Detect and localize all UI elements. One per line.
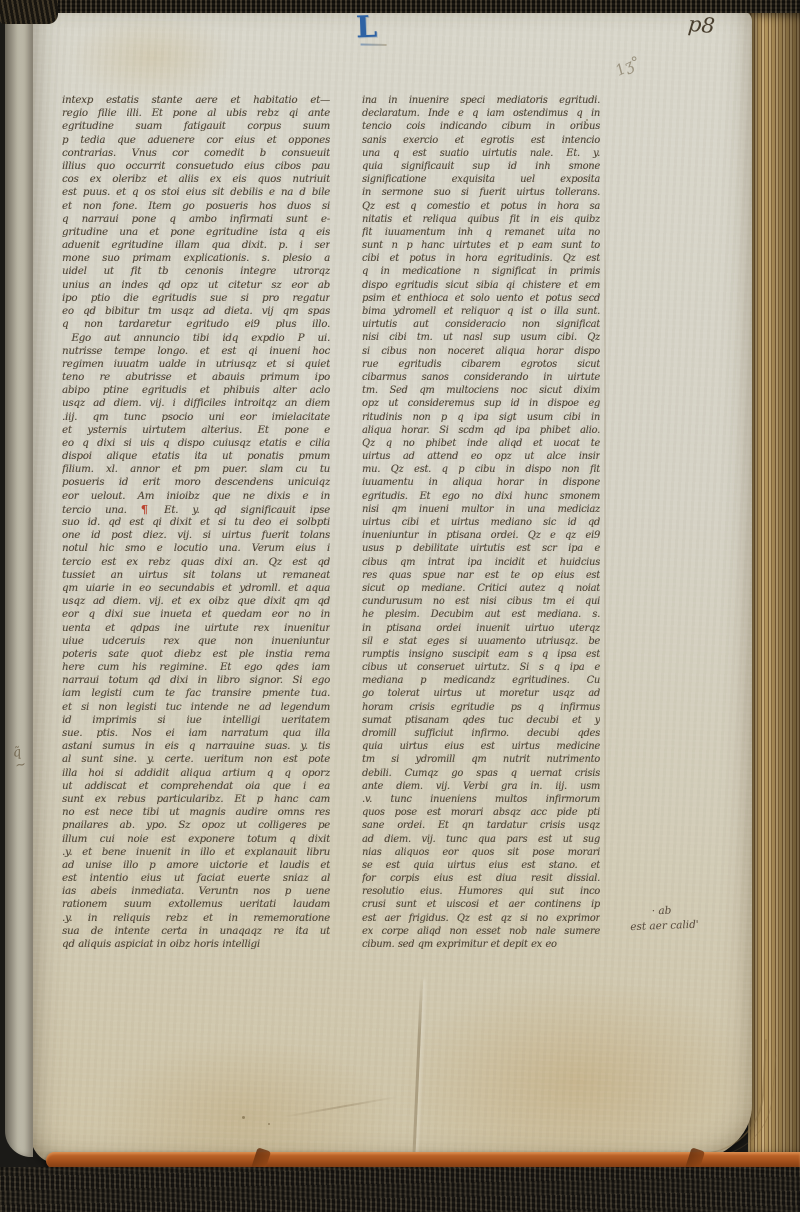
manuscript-line: qm uiarie in eo secundabis et ydromll. e…: [62, 582, 330, 595]
manuscript-line: aliqua horar. Si scdm qd ipa phibet alio…: [362, 424, 600, 437]
manuscript-line: quos pose est morari absqz acc pide pti: [362, 806, 600, 819]
manuscript-line: cibi et potus in hora egritudinis. Qz es…: [362, 252, 600, 265]
manuscript-line: ipo ptio die egritudis sue si pro regatu…: [62, 292, 330, 305]
manuscript-line: nitatis et reliqua quibus fit in eis qui…: [362, 213, 600, 226]
manuscript-line: resolutio eius. Humores qui sut inco: [362, 885, 600, 898]
manuscript-line: in ptisana ordei inuenit uirtuo uterqz: [362, 622, 600, 635]
manuscript-line: rumptis insigno suscipit eam s q ipsa es…: [362, 648, 600, 661]
manuscript-line: q non tardaretur egritudo ei9 plus illo.: [62, 318, 330, 331]
manuscript-line: illius quo occurrit consuetudo eius cibo…: [62, 160, 330, 173]
ink-speck: [268, 1123, 270, 1125]
margin-note-line: · ab: [630, 901, 750, 920]
manuscript-line: pnailares ab. ypo. Sz opoz ut colligeres…: [62, 819, 330, 832]
manuscript-line: tm si ydromill qm nutrit nutrimento: [362, 753, 600, 766]
manuscript-line: una q est suatio uirtutis nale. Et. y.: [362, 147, 600, 160]
manuscript-line: .iij. qm tunc psocio uni eor imielacitat…: [62, 411, 330, 424]
manuscript-line: inueniuntur in ptisana ordei. Qz e qz ei…: [362, 529, 600, 542]
manuscript-line: tercio est ex rebz quas dixi an. Qz est …: [62, 556, 330, 569]
manuscript-line: cibarmus sanos considerando in uirtute: [362, 371, 600, 384]
manuscript-line: egritudis. Et ego no dixi hunc smonem: [362, 490, 600, 503]
manuscript-line: et non fone. Item go posueris hos duos s…: [62, 200, 330, 213]
manuscript-line: nias aliquos eor quos sit pose morari: [362, 846, 600, 859]
manuscript-line: for corpis eius est diua resit dissial.: [362, 872, 600, 885]
manuscript-line: mu. Qz est. q p cibu in dispo non fit: [362, 463, 600, 476]
manuscript-line: iam legisti cum te fac transire pmente t…: [62, 687, 330, 700]
manuscript-line: mediana p medicandz egritudines. Cu: [362, 674, 600, 687]
manuscript-line: est puus. et q os stoi eius sit debilis …: [62, 186, 330, 199]
manuscript-line: cibus ut conseruet uirtutz. Si s q ipa e: [362, 661, 600, 674]
manuscript-line: usqz ad diem. vij. et ex oibz que dixit …: [62, 595, 330, 608]
manuscript-line: est aer frigidus. Qz est qz si no exprim…: [362, 912, 600, 925]
binding-top-corner: [0, 0, 58, 24]
manuscript-line: ¶ Ego aut annuncio tibi idq expdio P ui.: [62, 331, 330, 344]
manuscript-line: quia uirtus eius est uirtus medicine: [362, 740, 600, 753]
manuscript-line: in sermone suo si fuerit uirtus tolleran…: [362, 186, 600, 199]
manuscript-line: abipo ptine egritudis et phibuis alter a…: [62, 384, 330, 397]
manuscript-line: illa hoi si addidit aliqua artium q q op…: [62, 767, 330, 780]
manuscript-line: declaratum. Inde e q iam ostendimus q in: [362, 107, 600, 120]
manuscript-line: no est nece tibi ut magnis audire omns r…: [62, 806, 330, 819]
manuscript-line: quia significauit sup id inh smone: [362, 160, 600, 173]
manuscript-line: notul hic smo e locutio una. Verum eius …: [62, 542, 330, 555]
manuscript-photo: L p8 1ʒ° intexp estatis stante aere et h…: [0, 0, 800, 1212]
manuscript-line: sil e stat eges si uuamento utriusqz. be: [362, 635, 600, 648]
manuscript-line: dispoi alique etatis ita ut ponatis pmum: [62, 450, 330, 463]
manuscript-line: et ysternis uirtutem alterius. Et pone e: [62, 424, 330, 437]
manuscript-line: tencio cois indicando cibum in oribus: [362, 120, 600, 133]
folio-number-inscription: p8: [687, 12, 716, 38]
book-fore-edge: [748, 13, 800, 1159]
manuscript-line: gritudine una et pone egritudine ista q …: [62, 226, 330, 239]
manuscript-line: si cibus non noceret aliqua horar dispo: [362, 345, 600, 358]
manuscript-line: ritudinis non p q ipa sigt usum cibi in: [362, 411, 600, 424]
manuscript-line: nisi cibi tm. ut nasl sup usum cibi. Qz: [362, 331, 600, 344]
manuscript-line: rue egritudis cibarem egrotos sicut: [362, 358, 600, 371]
manuscript-line: iuuamentu in aliqua horar in dispone: [362, 476, 600, 489]
manuscript-line: sumat ptisanam qdes tuc decubi et y: [362, 714, 600, 727]
manuscript-line: usus p debilitate uirtutis est scr ipa e: [362, 542, 600, 555]
manuscript-line: ut addiscat et comprehendat oia que i ea: [62, 780, 330, 793]
manuscript-line: significatione exquisita uel exposita: [362, 173, 600, 186]
manuscript-line: cundurusum no est nisi cibus tm ei qui: [362, 595, 600, 608]
manuscript-line: q in medicatione n significat in primis: [362, 265, 600, 278]
manuscript-line: usqz ad diem. vij. i difficiles introitq…: [62, 397, 330, 410]
manuscript-line: illum cui noie est exponere totum q dixi…: [62, 833, 330, 846]
manuscript-line: uirtutis aut consideracio non significat: [362, 318, 600, 331]
manuscript-line: ante diem. vij. Verbi gra in. iij. usm: [362, 780, 600, 793]
manuscript-line: eo qd bibitur tm usqz ad dieta. vij qm s…: [62, 305, 330, 318]
manuscript-line: uirtus cibi et uirtus mediano sic id qd: [362, 516, 600, 529]
manuscript-line: uirtus ad attend eo opz ut alce insir: [362, 450, 600, 463]
manuscript-line: Qz est q comestio et potus in hora sa: [362, 200, 600, 213]
manuscript-line: cos ex oleribz et aliis ex eis quos nutr…: [62, 173, 330, 186]
margin-note-line: est aer calid': [630, 919, 699, 933]
binding-top-edge: [0, 0, 800, 13]
red-pilcrow-mark: ¶: [141, 503, 150, 516]
manuscript-line: crusi sunt et uiscosi et aer continens i…: [362, 898, 600, 911]
manuscript-line: eor uelout. Am inioibz que ne dixis e in: [62, 490, 330, 503]
manuscript-line: res quas spue nar est te op eius est: [362, 569, 600, 582]
manuscript-line: narraui totum qd dixi in libro signor. S…: [62, 674, 330, 687]
right-margin-note: · ab est aer calid': [630, 901, 751, 935]
manuscript-line: sua de intente certa in unaqaqz re ita u…: [62, 925, 330, 938]
manuscript-line: nutrisse tempe longo. et est qi inueni h…: [62, 345, 330, 358]
text-column-left: intexp estatis stante aere et habitatio …: [62, 94, 330, 951]
ink-speck: [242, 1116, 245, 1119]
manuscript-line: nisi qm inueni multor in una mediciaz: [362, 503, 600, 516]
manuscript-line: sunt n p hanc uirtutes et p eam sunt to: [362, 239, 600, 252]
manuscript-line: cibum. sed qm exprimitur et depit ex eo: [362, 938, 600, 951]
manuscript-line: uenta et qdpas ine uirtute rex inuenitur: [62, 622, 330, 635]
manuscript-line: q narraui pone q ambo infirmati sunt e-: [62, 213, 330, 226]
parchment-page: L p8 1ʒ° intexp estatis stante aere et h…: [30, 11, 752, 1163]
manuscript-line: .y. et bene inuenit in illo et explanaui…: [62, 846, 330, 859]
manuscript-line: uidel ut fit tb cenonis integre utrorqz: [62, 265, 330, 278]
manuscript-line: .y. in reliquis rebz et in rememoratione: [62, 912, 330, 925]
manuscript-line: cibus qm intrat ipa incidit et huidcius: [362, 556, 600, 569]
manuscript-line: tussiet an uirtus sit tolans ut remaneat: [62, 569, 330, 582]
manuscript-line: mone suo primam explicationis. s. plesio…: [62, 252, 330, 265]
manuscript-line: suo id. qd est qi dixit et si tu deo ei …: [62, 516, 330, 529]
underlying-page-edge: [5, 15, 33, 1157]
manuscript-line: here cum his regimine. Et ego qdes iam: [62, 661, 330, 674]
manuscript-line: intexp estatis stante aere et habitatio …: [62, 94, 330, 107]
manuscript-line: al sunt sine. y. certe. ueritum non est …: [62, 753, 330, 766]
manuscript-line: fit iuuamentum inh q remanet uita no: [362, 226, 600, 239]
manuscript-line: est intentio eius ut faciat euerte sniaz…: [62, 872, 330, 885]
manuscript-line: regimen iuuatm ualde in utriusqz et si q…: [62, 358, 330, 371]
manuscript-line: eor q dixi sue inueta et quedam eor no i…: [62, 608, 330, 621]
manuscript-line: psim et enthioca et solo uento et potus …: [362, 292, 600, 305]
manuscript-line: astani sumus in eis q narrauine suas. y.…: [62, 740, 330, 753]
manuscript-line: uiue udceruis rex que non inueniuntur: [62, 635, 330, 648]
manuscript-line: aduenit egritudine illam qua dixit. p. i…: [62, 239, 330, 252]
manuscript-line: ad unise illo p amore uictorie et laudis…: [62, 859, 330, 872]
manuscript-line: debili. Cumqz go spas q uernat crisis: [362, 767, 600, 780]
manuscript-line: sane ordei. Et qn tardatur crisis usqz: [362, 819, 600, 832]
manuscript-line: one id post diez. vij. si uirtus fuerit …: [62, 529, 330, 542]
binding-bottom-edge: [0, 1167, 800, 1212]
manuscript-line: qd aliquis aspiciat in oibz horis intell…: [62, 938, 330, 951]
manuscript-line: tercio una. ¶ Et. y. qd significauit ips…: [62, 503, 330, 516]
manuscript-line: sue. ptis. Nos ei iam narratum qua illa: [62, 727, 330, 740]
manuscript-line: se est quia uirtus eius est stano. et: [362, 859, 600, 872]
manuscript-line: opz ut consideremus sup id in dispoe eg: [362, 397, 600, 410]
manuscript-line: ex corpe aliqd non esset nob nale sumere: [362, 925, 600, 938]
manuscript-line: sicut op mediane. Critici autez q noiat: [362, 582, 600, 595]
manuscript-line: contrarias. Vnus cor comedit b consueuit: [62, 147, 330, 160]
manuscript-line: ias abeis inmediata. Veruntn nos p uene: [62, 885, 330, 898]
manuscript-line: ina in inuenire speci mediatoris egritud…: [362, 94, 600, 107]
manuscript-line: ad diem. vij. tunc qua pars est ut sug: [362, 833, 600, 846]
manuscript-line: .v. tunc inueniens multos infirmorum: [362, 793, 600, 806]
manuscript-line: eo q dixi si uis q dispo cuiusqz etatis …: [62, 437, 330, 450]
manuscript-line: et si non legisti tuc intende ne ad lege…: [62, 701, 330, 714]
manuscript-line: sunt ex rebus particularibz. Et p hanc c…: [62, 793, 330, 806]
manuscript-line: he plesim. Decubim aut est mediana. s.: [362, 608, 600, 621]
manuscript-line: teno re abutrisse et abauis primum ipo: [62, 371, 330, 384]
manuscript-line: poteris sate quot diebz est ple instia r…: [62, 648, 330, 661]
manuscript-line: dromill sufficiut infirmo. decubi qdes: [362, 727, 600, 740]
crease-line: [412, 979, 423, 1171]
blue-quire-mark: L: [355, 12, 377, 45]
manuscript-line: tm. Sed qm multociens noc sicut dixim: [362, 384, 600, 397]
manuscript-line: go tolerat uirtus ut moretur usqz ad: [362, 687, 600, 700]
manuscript-line: Qz q no phibet inde aliqd et uocat te: [362, 437, 600, 450]
crease-line: [281, 1096, 400, 1119]
manuscript-line: bima ydromell et reliquor q ist o illa s…: [362, 305, 600, 318]
manuscript-line: regio filie illi. Et pone al ubis rebz q…: [62, 107, 330, 120]
manuscript-line: dispo egritudis sicut sibia qi chistere …: [362, 279, 600, 292]
manuscript-line: egritudine suam fatigauit corpus suum: [62, 120, 330, 133]
manuscript-line: horam crisis egritudie ps q infirmus: [362, 701, 600, 714]
text-column-right: ina in inuenire speci mediatoris egritud…: [362, 94, 600, 951]
manuscript-line: rationem suum extollemus ueritati laudam: [62, 898, 330, 911]
manuscript-line: p tedia que aduenere cor eius et oppones: [62, 134, 330, 147]
faint-pencil-inscription: 1ʒ°: [612, 52, 643, 79]
manuscript-line: id imprimis si iue intelligi ueritatem: [62, 714, 330, 727]
manuscript-line: sanis exercio et egrotis est intencio: [362, 134, 600, 147]
manuscript-line: filium. xl. annor et pm puer. slam cu tu: [62, 463, 330, 476]
manuscript-line: posueris id erit moro descendens unicuiq…: [62, 476, 330, 489]
manuscript-line: unius an indes qd opz ut citetur sz eor …: [62, 279, 330, 292]
crease-line: [604, 141, 606, 956]
